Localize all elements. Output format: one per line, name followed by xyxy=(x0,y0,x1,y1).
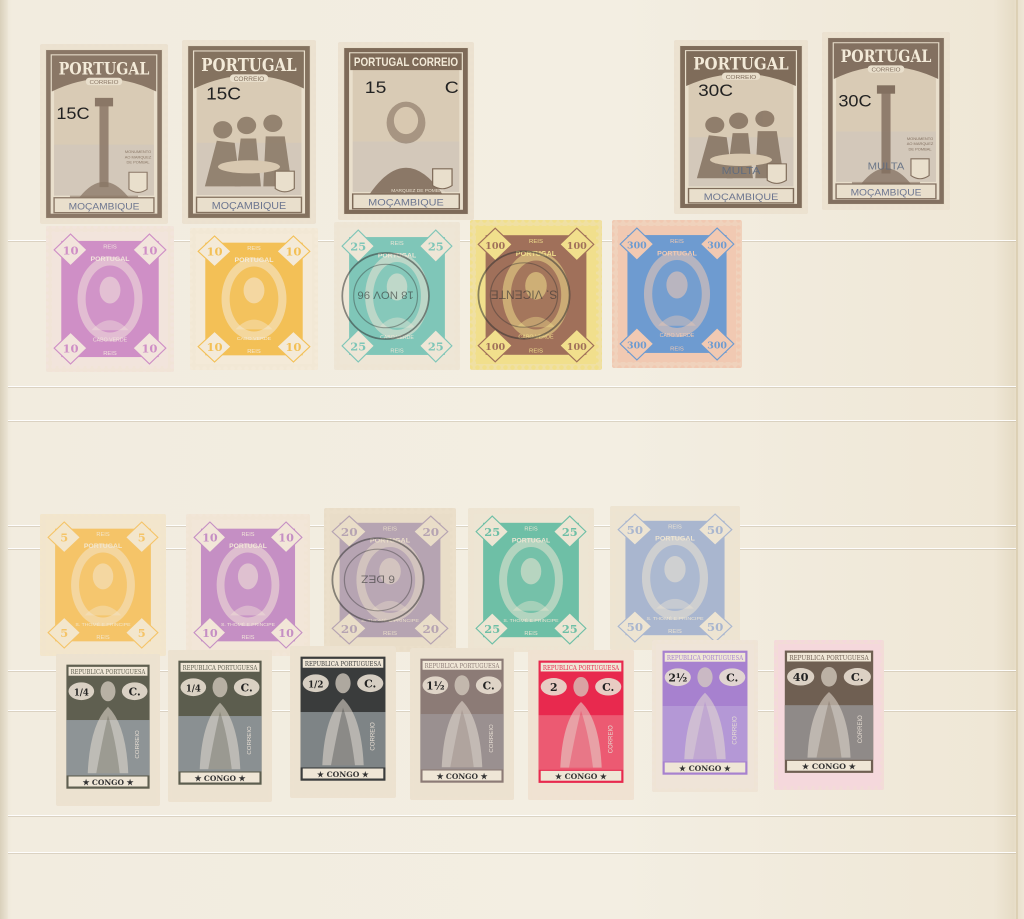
svg-text:10: 10 xyxy=(278,532,294,545)
svg-text:10: 10 xyxy=(206,340,222,354)
svg-text:PORTUGAL: PORTUGAL xyxy=(235,257,274,264)
svg-text:REPUBLICA PORTUGUESA: REPUBLICA PORTUGUESA xyxy=(183,664,258,672)
album-strip-edge xyxy=(8,420,1016,421)
svg-text:CORREIO: CORREIO xyxy=(609,725,615,753)
stamp-mo-ambique-15C: PLANO DA RECONSTRUÇÃO PORTUGAL CORREIO 1… xyxy=(182,40,316,224)
page-left-edge xyxy=(0,0,8,919)
stamp-design: REPUBLICA PORTUGUESA 2½ C. CORREIO ★ CON… xyxy=(656,644,754,788)
svg-text:15C: 15C xyxy=(206,83,241,103)
svg-text:25: 25 xyxy=(350,339,366,353)
svg-text:300: 300 xyxy=(627,341,647,352)
svg-text:REIS: REIS xyxy=(529,349,543,355)
stamp-design: REPUBLICA PORTUGUESA 1/2 C. CORREIO ★ CO… xyxy=(294,650,392,794)
svg-text:REIS: REIS xyxy=(670,239,684,245)
svg-text:15C: 15C xyxy=(56,104,90,123)
svg-text:25: 25 xyxy=(428,339,444,353)
stamp-mo-ambique-30C: MONUMENTO AO MARQUEZ DE POMBAL PORTUGAL … xyxy=(822,32,950,210)
svg-text:CORREIO: CORREIO xyxy=(371,722,377,751)
album-strip-edge xyxy=(8,852,1016,853)
svg-text:C.: C. xyxy=(851,671,864,684)
svg-text:CORREIO: CORREIO xyxy=(135,730,141,759)
svg-text:★ CONGO ★: ★ CONGO ★ xyxy=(555,772,608,781)
stamp-design: 55 55 REIS PORTUGAL S. THOMÉ E PRINCIPE … xyxy=(46,520,160,650)
svg-text:REIS: REIS xyxy=(668,525,682,531)
svg-text:REIS: REIS xyxy=(96,532,110,538)
stamp-cabo-verde-10: 1010 1010 REIS PORTUGAL CABO VERDE REIS xyxy=(190,228,318,370)
svg-text:C.: C. xyxy=(241,681,253,694)
svg-text:10: 10 xyxy=(62,342,78,356)
svg-text:50: 50 xyxy=(707,620,723,634)
svg-text:MULTA: MULTA xyxy=(722,166,761,177)
svg-text:2: 2 xyxy=(550,681,558,694)
svg-text:REIS: REIS xyxy=(96,635,110,641)
stamp-cabo-verde-100: 100100 100100 REIS PORTUGAL CABO VERDE R… xyxy=(470,220,602,370)
stamp-design: 2020 2020 REIS PORTUGAL S. THOMÉ E PRINC… xyxy=(330,514,450,646)
svg-text:CABO VERDE: CABO VERDE xyxy=(660,333,695,339)
svg-text:10: 10 xyxy=(278,627,294,640)
svg-text:6 DEZ: 6 DEZ xyxy=(361,573,395,584)
stamp-design: REPUBLICA PORTUGUESA 40 C. CORREIO ★ CON… xyxy=(778,644,880,786)
svg-text:REIS: REIS xyxy=(241,532,254,538)
svg-text:300: 300 xyxy=(627,241,647,252)
svg-text:1/4: 1/4 xyxy=(186,685,201,695)
svg-text:S. THOMÉ E PRINCIPE: S. THOMÉ E PRINCIPE xyxy=(646,615,704,622)
svg-text:REIS: REIS xyxy=(529,239,543,245)
svg-text:25: 25 xyxy=(562,525,578,539)
svg-text:PORTUGAL: PORTUGAL xyxy=(84,543,122,550)
svg-text:REPUBLICA PORTUGUESA: REPUBLICA PORTUGUESA xyxy=(667,654,743,662)
svg-text:300: 300 xyxy=(707,241,727,252)
svg-text:★ CONGO ★: ★ CONGO ★ xyxy=(679,764,732,773)
stamp-s-thom-e-principe-5: 55 55 REIS PORTUGAL S. THOMÉ E PRINCIPE … xyxy=(40,514,166,656)
svg-text:REPUBLICA PORTUGUESA: REPUBLICA PORTUGUESA xyxy=(543,664,619,672)
stamp-design: MONUMENTO AO MARQUEZ DE POMBAL PORTUGAL … xyxy=(827,37,945,205)
svg-text:CABO VERDE: CABO VERDE xyxy=(237,336,272,342)
svg-text:20: 20 xyxy=(341,622,358,635)
stamp-s-thom-e-principe-20: 2020 2020 REIS PORTUGAL S. THOMÉ E PRINC… xyxy=(324,508,456,652)
svg-text:REPUBLICA PORTUGUESA: REPUBLICA PORTUGUESA xyxy=(305,660,381,668)
svg-text:MOÇAMBIQUE: MOÇAMBIQUE xyxy=(212,202,287,212)
svg-text:1½: 1½ xyxy=(426,679,445,692)
svg-text:DE POMBAL: DE POMBAL xyxy=(127,161,150,165)
stamp-cabo-verde-25: 2525 2525 REIS PORTUGAL CABO VERDE REIS … xyxy=(334,222,460,370)
svg-text:PORTUGAL: PORTUGAL xyxy=(201,56,297,76)
svg-text:100: 100 xyxy=(567,342,587,353)
svg-text:MOÇAMBIQUE: MOÇAMBIQUE xyxy=(704,192,779,202)
stamp-mo-ambique-15C: MONUMENTO AO MARQUEZ DE POMBAL PORTUGAL … xyxy=(40,44,168,224)
svg-text:15: 15 xyxy=(365,78,387,97)
stamp-design: MONUMENTO AO MARQUEZ DE POMBAL PORTUGAL … xyxy=(45,49,163,219)
svg-text:REIS: REIS xyxy=(383,631,397,637)
svg-text:10: 10 xyxy=(141,244,157,258)
svg-text:25: 25 xyxy=(562,622,578,636)
svg-text:REIS: REIS xyxy=(524,631,538,637)
svg-text:★ CONGO ★: ★ CONGO ★ xyxy=(83,778,135,787)
stamp-design: PLANO DA RECONSTRUÇÃO PORTUGAL CORREIO 1… xyxy=(187,45,311,219)
svg-text:30C: 30C xyxy=(698,81,733,99)
page-right-edge xyxy=(1016,0,1018,919)
svg-text:CORREIO: CORREIO xyxy=(726,74,757,80)
stamp-cabo-verde-10: 1010 1010 REIS PORTUGAL CABO VERDE REIS xyxy=(46,226,174,372)
album-page: MONUMENTO AO MARQUEZ DE POMBAL PORTUGAL … xyxy=(0,0,1024,919)
svg-text:PORTUGAL: PORTUGAL xyxy=(229,543,267,550)
svg-text:CORREIO: CORREIO xyxy=(89,80,118,86)
svg-text:10: 10 xyxy=(62,244,78,258)
svg-text:S. VICENTE: S. VICENTE xyxy=(491,287,558,300)
svg-text:50: 50 xyxy=(707,523,723,537)
stamp-congo-12: REPUBLICA PORTUGUESA 1/2 C. CORREIO ★ CO… xyxy=(290,646,396,798)
svg-text:PORTUGAL: PORTUGAL xyxy=(841,48,932,67)
svg-text:REIS: REIS xyxy=(524,527,538,533)
svg-text:PORTUGAL: PORTUGAL xyxy=(657,251,697,258)
svg-text:DE POMBAL: DE POMBAL xyxy=(908,148,931,152)
svg-text:REIS: REIS xyxy=(103,245,117,251)
stamp-cabo-verde-300: 300300 300300 REIS PORTUGAL CABO VERDE R… xyxy=(612,220,742,368)
svg-text:PORTUGAL: PORTUGAL xyxy=(512,538,550,545)
stamp-design: REPUBLICA PORTUGUESA 1/4 C. CORREIO ★ CO… xyxy=(172,654,268,798)
svg-text:PORTUGAL CORREIO: PORTUGAL CORREIO xyxy=(354,56,458,69)
svg-text:5: 5 xyxy=(138,532,146,545)
svg-text:★ CONGO ★: ★ CONGO ★ xyxy=(317,770,370,779)
svg-text:20: 20 xyxy=(422,525,439,538)
stamp-s-thom-e-principe-25: 2525 2525 REIS PORTUGAL S. THOMÉ E PRINC… xyxy=(468,508,594,652)
svg-text:REPUBLICA PORTUGUESA: REPUBLICA PORTUGUESA xyxy=(71,668,146,676)
svg-text:20: 20 xyxy=(341,525,358,538)
stamp-design: MARQUEZ DE POMBAL PORTUGAL CORREIO 15 C … xyxy=(343,47,469,215)
svg-text:CORREIO: CORREIO xyxy=(857,715,864,743)
svg-text:5: 5 xyxy=(138,627,146,640)
svg-text:REIS: REIS xyxy=(103,351,117,357)
svg-text:5: 5 xyxy=(60,532,68,545)
svg-text:CABO VERDE: CABO VERDE xyxy=(93,338,128,344)
svg-text:CORREIO: CORREIO xyxy=(234,76,265,83)
stamp-s-thom-e-principe-50: 5050 5050 REIS PORTUGAL S. THOMÉ E PRINC… xyxy=(610,506,740,650)
stamp-mo-ambique-15: MARQUEZ DE POMBAL PORTUGAL CORREIO 15 C … xyxy=(338,42,474,220)
svg-text:18 NOV 96: 18 NOV 96 xyxy=(357,288,413,300)
stamp-design: REPUBLICA PORTUGUESA 2 C. CORREIO ★ CONG… xyxy=(532,654,630,796)
stamp-design: 2525 2525 REIS PORTUGAL CABO VERDE REIS … xyxy=(340,228,454,364)
svg-text:MONUMENTO: MONUMENTO xyxy=(125,150,151,154)
stamp-design: 100100 100100 REIS PORTUGAL CABO VERDE R… xyxy=(476,226,596,364)
svg-text:REIS: REIS xyxy=(241,635,254,641)
svg-text:★ CONGO ★: ★ CONGO ★ xyxy=(195,774,247,783)
stamp-design: REPUBLICA PORTUGUESA 1½ C. CORREIO ★ CON… xyxy=(414,652,510,796)
svg-text:S. THOMÉ E PRINCIPE: S. THOMÉ E PRINCIPE xyxy=(503,617,559,624)
stamp-design: 2525 2525 REIS PORTUGAL S. THOMÉ E PRINC… xyxy=(474,514,588,646)
svg-text:C.: C. xyxy=(364,678,376,691)
svg-text:★ CONGO ★: ★ CONGO ★ xyxy=(437,772,489,781)
svg-text:MOÇAMBIQUE: MOÇAMBIQUE xyxy=(851,188,922,199)
svg-text:★ CONGO ★: ★ CONGO ★ xyxy=(802,762,857,771)
svg-text:REIS: REIS xyxy=(247,349,261,355)
stamp-s-thom-e-principe-10: 1010 1010 REIS PORTUGAL S. THOMÉ E PRINC… xyxy=(186,514,310,656)
svg-text:AO MARQUEZ: AO MARQUEZ xyxy=(907,142,934,146)
stamp-design: 1010 1010 REIS PORTUGAL CABO VERDE REIS xyxy=(196,234,312,364)
svg-text:MULTA: MULTA xyxy=(868,161,905,173)
stamp-congo-40: REPUBLICA PORTUGUESA 40 C. CORREIO ★ CON… xyxy=(774,640,884,790)
svg-text:5: 5 xyxy=(60,627,68,640)
svg-text:50: 50 xyxy=(627,523,643,537)
svg-text:PORTUGAL: PORTUGAL xyxy=(59,59,150,79)
svg-text:REIS: REIS xyxy=(668,629,682,635)
svg-text:10: 10 xyxy=(141,342,157,356)
svg-text:REPUBLICA PORTUGUESA: REPUBLICA PORTUGUESA xyxy=(789,654,868,662)
stamp-congo-2: REPUBLICA PORTUGUESA 2½ C. CORREIO ★ CON… xyxy=(652,640,758,792)
svg-text:30C: 30C xyxy=(838,91,871,110)
svg-text:C.: C. xyxy=(726,672,738,685)
svg-text:40: 40 xyxy=(793,671,809,684)
svg-text:C.: C. xyxy=(129,685,141,698)
svg-text:1/4: 1/4 xyxy=(74,689,89,699)
svg-text:20: 20 xyxy=(422,622,439,635)
svg-text:25: 25 xyxy=(428,240,444,254)
svg-text:25: 25 xyxy=(484,622,500,636)
svg-text:REIS: REIS xyxy=(390,241,403,247)
svg-text:1/2: 1/2 xyxy=(308,681,323,691)
svg-text:10: 10 xyxy=(202,532,218,545)
svg-text:MONUMENTO: MONUMENTO xyxy=(907,137,933,141)
svg-text:2½: 2½ xyxy=(668,672,687,685)
stamp-design: 300300 300300 REIS PORTUGAL CABO VERDE R… xyxy=(618,226,736,362)
svg-text:CORREIO: CORREIO xyxy=(871,68,900,74)
stamp-congo-1: REPUBLICA PORTUGUESA 1½ C. CORREIO ★ CON… xyxy=(410,648,514,800)
svg-text:50: 50 xyxy=(627,620,643,634)
svg-text:C.: C. xyxy=(602,681,614,694)
svg-text:10: 10 xyxy=(285,245,301,259)
svg-text:S. THOMÉ E PRINCIPE: S. THOMÉ E PRINCIPE xyxy=(75,621,131,628)
svg-text:S. THOMÉ E PRINCIPE: S. THOMÉ E PRINCIPE xyxy=(221,621,276,628)
svg-text:C: C xyxy=(445,78,459,97)
svg-text:REPUBLICA PORTUGUESA: REPUBLICA PORTUGUESA xyxy=(425,662,500,670)
svg-text:REIS: REIS xyxy=(247,246,261,252)
stamp-congo-14: REPUBLICA PORTUGUESA 1/4 C. CORREIO ★ CO… xyxy=(168,650,272,802)
album-strip-edge xyxy=(8,386,1016,387)
svg-text:10: 10 xyxy=(206,245,222,259)
stamp-congo-2: REPUBLICA PORTUGUESA 2 C. CORREIO ★ CONG… xyxy=(528,650,634,800)
svg-text:10: 10 xyxy=(285,340,301,354)
svg-text:100: 100 xyxy=(485,241,505,252)
svg-text:CORREIO: CORREIO xyxy=(489,724,495,753)
svg-text:100: 100 xyxy=(567,241,587,252)
svg-text:MOÇAMBIQUE: MOÇAMBIQUE xyxy=(69,202,140,213)
svg-text:PORTUGAL: PORTUGAL xyxy=(693,55,789,74)
stamp-design: PLANO DA RECONSTRUÇÃO PORTUGAL CORREIO 3… xyxy=(679,45,803,209)
svg-text:CORREIO: CORREIO xyxy=(247,726,253,755)
album-strip-edge xyxy=(8,815,1016,816)
stamp-design: 1010 1010 REIS PORTUGAL CABO VERDE REIS xyxy=(52,232,168,366)
svg-text:10: 10 xyxy=(202,627,218,640)
svg-text:CORREIO: CORREIO xyxy=(733,716,739,745)
stamp-design: 5050 5050 REIS PORTUGAL S. THOMÉ E PRINC… xyxy=(616,512,734,644)
svg-text:300: 300 xyxy=(707,341,727,352)
stamp-design: REPUBLICA PORTUGUESA 1/4 C. CORREIO ★ CO… xyxy=(60,658,156,802)
svg-text:REIS: REIS xyxy=(670,347,684,353)
stamp-congo-14: REPUBLICA PORTUGUESA 1/4 C. CORREIO ★ CO… xyxy=(56,654,160,806)
svg-text:MOÇAMBIQUE: MOÇAMBIQUE xyxy=(368,198,444,208)
svg-text:PORTUGAL: PORTUGAL xyxy=(90,256,129,263)
svg-text:REIS: REIS xyxy=(383,527,397,533)
svg-text:MARQUEZ DE POMBAL: MARQUEZ DE POMBAL xyxy=(391,188,445,193)
svg-text:100: 100 xyxy=(485,342,505,353)
svg-text:REIS: REIS xyxy=(390,349,403,355)
svg-text:25: 25 xyxy=(484,525,500,539)
svg-text:AO MARQUEZ: AO MARQUEZ xyxy=(125,156,152,160)
svg-text:25: 25 xyxy=(350,240,366,254)
stamp-design: 1010 1010 REIS PORTUGAL S. THOMÉ E PRINC… xyxy=(192,520,304,650)
svg-text:C.: C. xyxy=(483,679,495,692)
svg-text:PORTUGAL: PORTUGAL xyxy=(655,536,695,543)
stamp-mo-ambique-30C: PLANO DA RECONSTRUÇÃO PORTUGAL CORREIO 3… xyxy=(674,40,808,214)
